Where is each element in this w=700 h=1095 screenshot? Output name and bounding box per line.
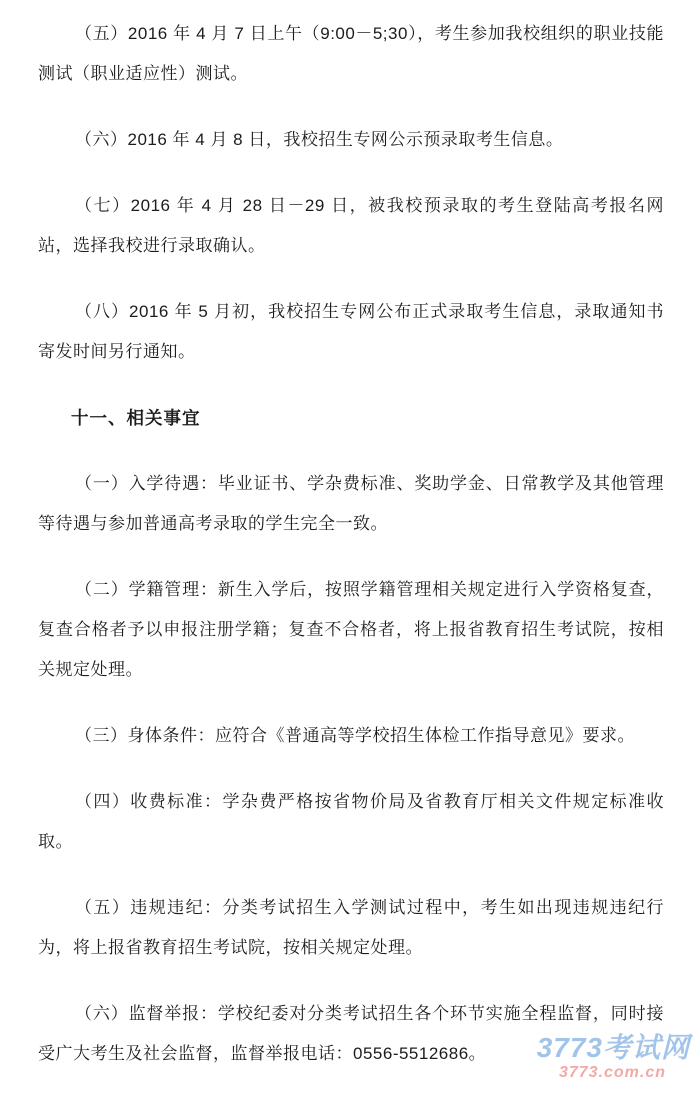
paragraph: （二）学籍管理：新生入学后，按照学籍管理相关规定进行入学资格复查，复查合格者予以…	[38, 570, 664, 690]
paragraph: （五）违规违纪：分类考试招生入学测试过程中，考生如出现违规违纪行为，将上报省教育…	[38, 888, 664, 968]
watermark-site-logo: 3773考试网	[537, 1034, 690, 1062]
paragraph: （六）2016 年 4 月 8 日，我校招生专网公示预录取考生信息。	[38, 120, 664, 160]
paragraph: （四）收费标准：学杂费严格按省物价局及省教育厅相关文件规定标准收取。	[38, 782, 664, 862]
paragraph: （一）入学待遇：毕业证书、学杂费标准、奖助学金、日常教学及其他管理等待遇与参加普…	[38, 464, 664, 544]
watermark: 3773考试网 3773.com.cn	[537, 1034, 690, 1081]
paragraph: （七）2016 年 4 月 28 日－29 日，被我校预录取的考生登陆高考报名网…	[38, 186, 664, 266]
paragraph: （五）2016 年 4 月 7 日上午（9:00－5;30），考生参加我校组织的…	[38, 14, 664, 94]
document-body: （五）2016 年 4 月 7 日上午（9:00－5;30），考生参加我校组织的…	[0, 0, 700, 1074]
watermark-site-url: 3773.com.cn	[537, 1065, 666, 1081]
paragraph: （八）2016 年 5 月初，我校招生专网公布正式录取考生信息，录取通知书寄发时…	[38, 292, 664, 372]
paragraph: （三）身体条件：应符合《普通高等学校招生体检工作指导意见》要求。	[38, 716, 664, 756]
section-heading: 十一、相关事宜	[38, 398, 664, 438]
